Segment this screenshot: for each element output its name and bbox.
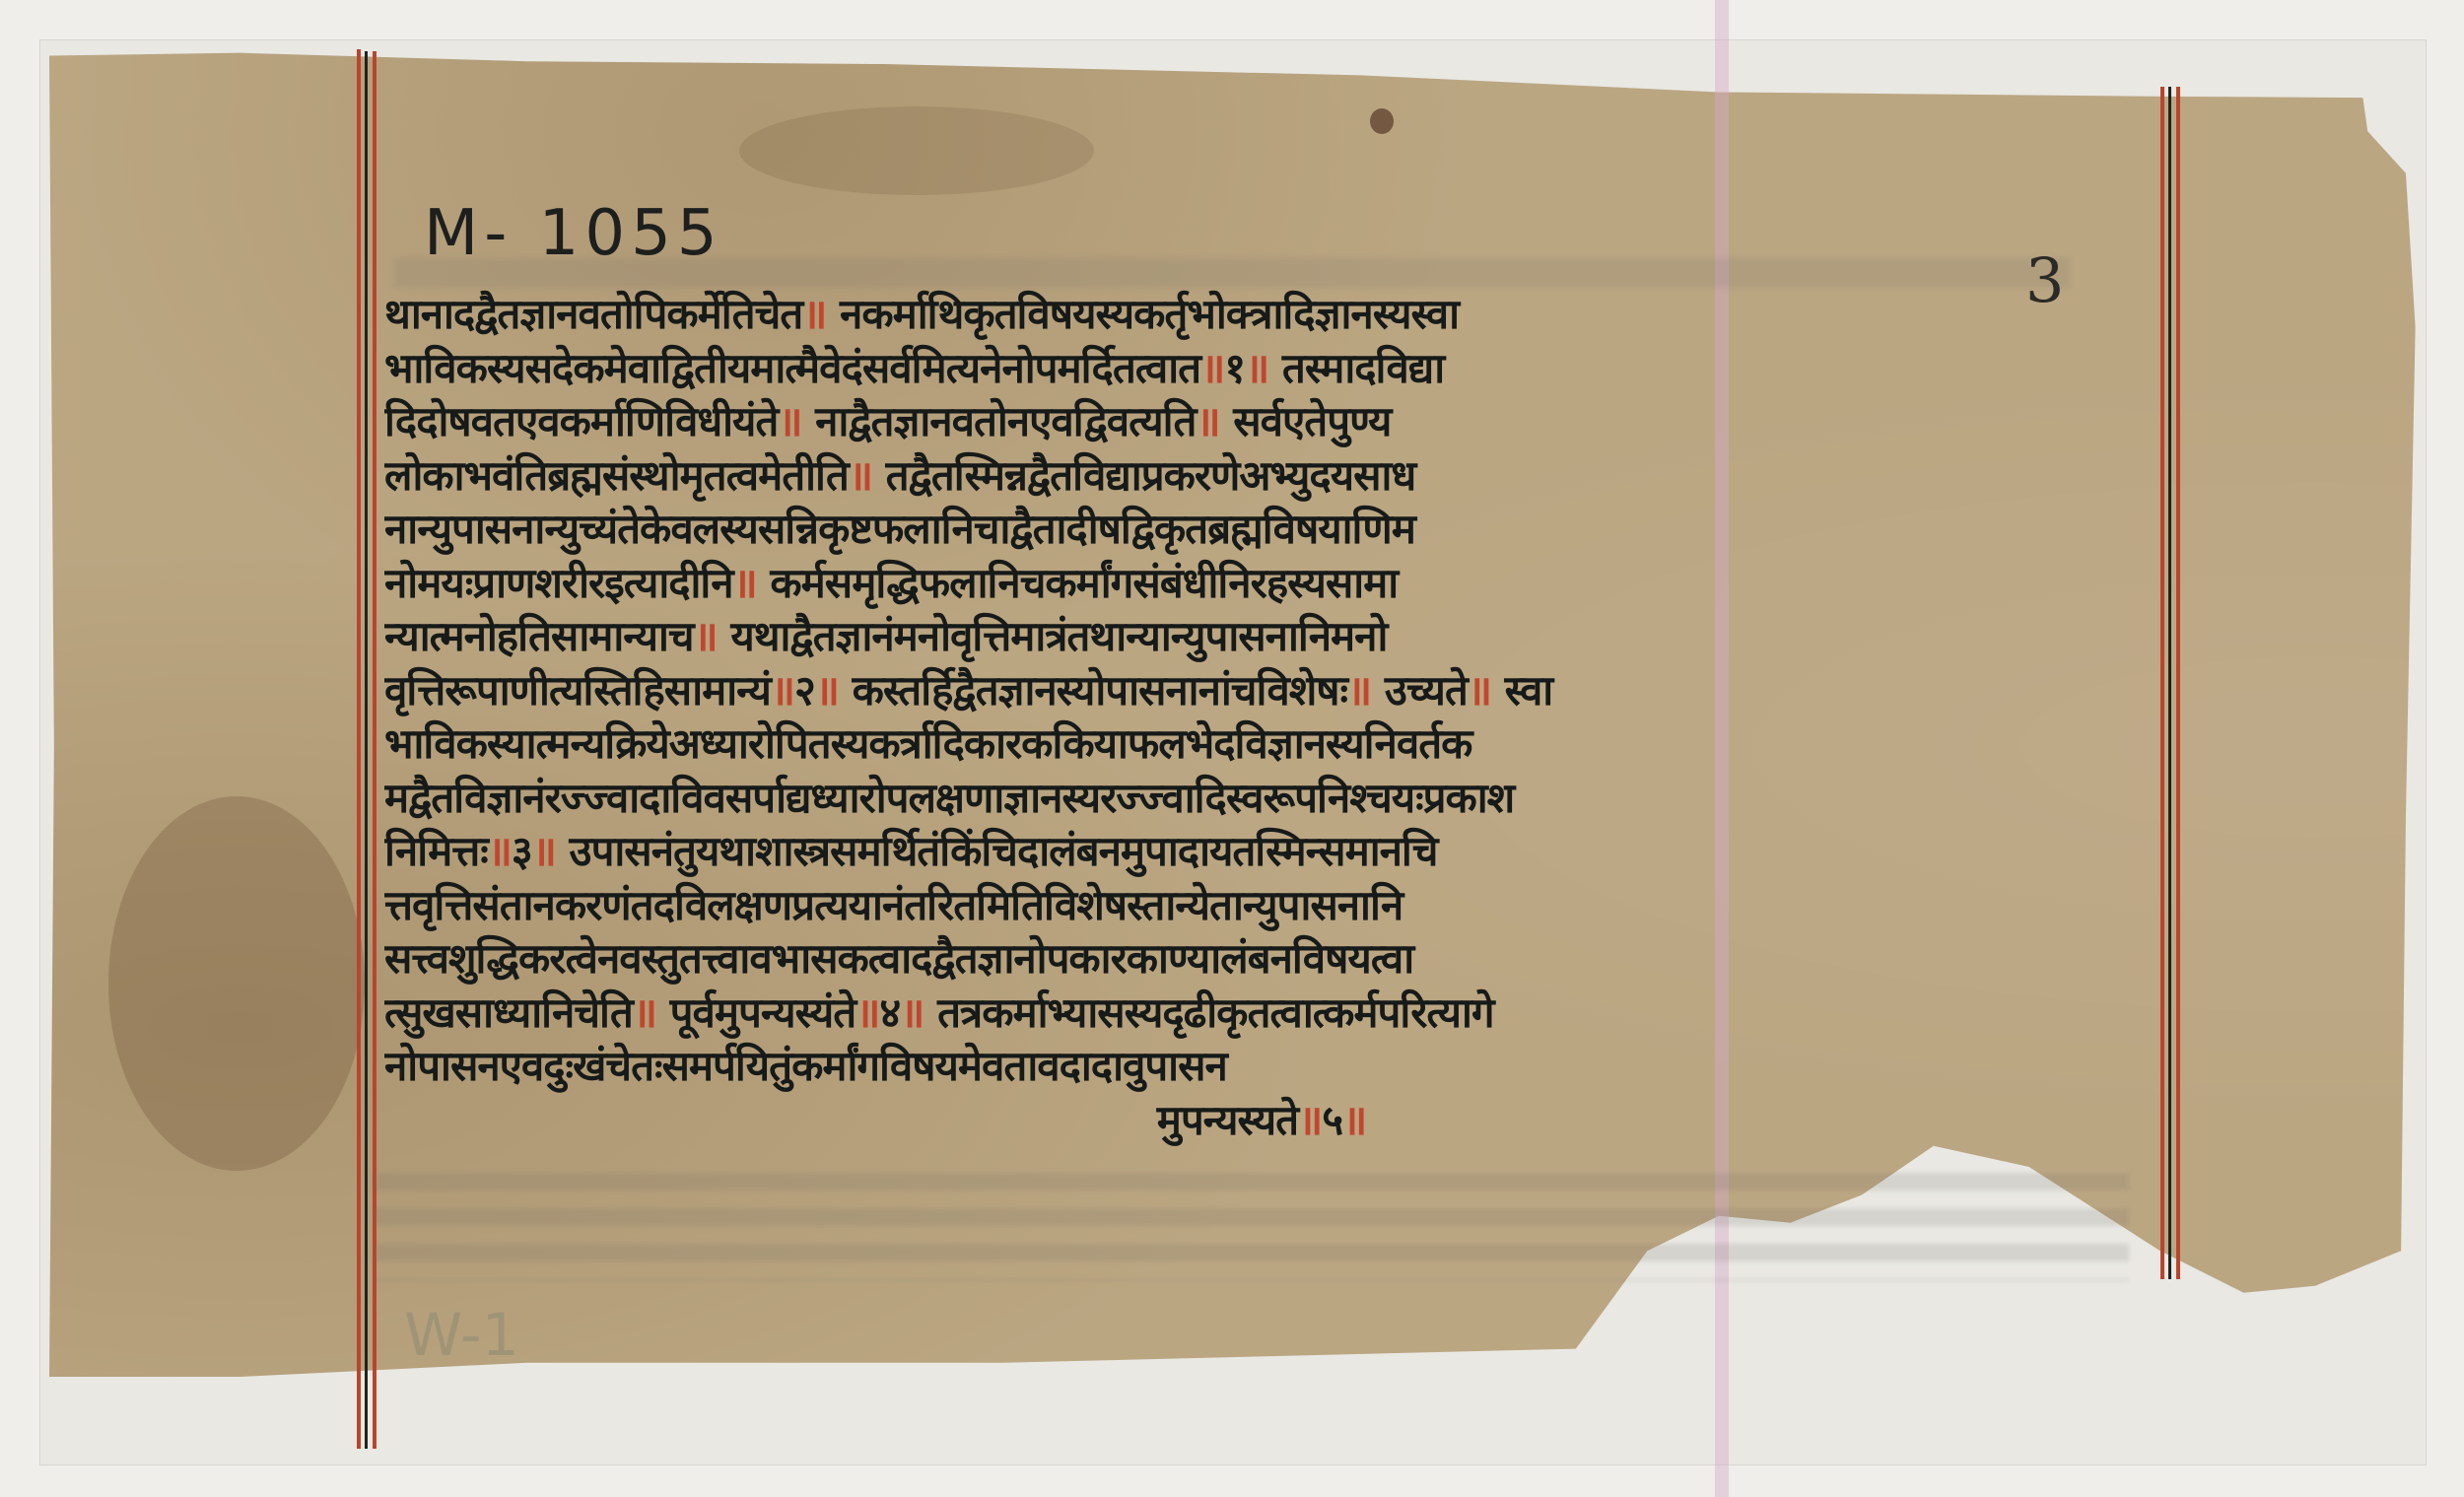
text-line: भाविकस्यसदेकमेवाद्वितीयमात्मैवेदंसर्वमित… bbox=[384, 342, 2139, 396]
text-line: वृत्तिरूपाणीत्यस्तिहिसामान्यं॥२॥ कस्तर्ह… bbox=[384, 664, 2139, 718]
text-line-final: मुपन्यस्यते॥५॥ bbox=[384, 1094, 2139, 1148]
right-margin-rule-black bbox=[2168, 87, 2171, 1279]
text-line: सत्त्वशुद्धिकरत्वेनवस्तुतत्त्वावभासकत्वा… bbox=[384, 932, 2139, 987]
text-line: नोमयःप्राणशरीरइत्यादीनि॥ कर्मसमृद्धिफलान… bbox=[384, 557, 2139, 611]
right-margin-rule-red-outer bbox=[2160, 87, 2164, 1279]
left-margin-rule-red-outer bbox=[357, 49, 361, 1449]
ink-spot bbox=[1370, 108, 1394, 134]
text-line: त्सुखसाध्यानिचेति॥ पूर्वमुपन्यस्यंते॥४॥ … bbox=[384, 987, 2139, 1041]
text-line: लोकाभवंतिब्रह्मसंस्थोमृतत्वमेतीति॥ तद्वै… bbox=[384, 449, 2139, 504]
text-line: न्यात्मनोहतिसामान्याच॥ यथाद्वैतज्ञानंमनो… bbox=[384, 610, 2139, 664]
manuscript-text: थानादद्वैतज्ञानवतोपिकर्मेतिचेत॥ नकर्माथि… bbox=[384, 288, 2139, 1147]
text-line: थानादद्वैतज्ञानवतोपिकर्मेतिचेत॥ नकर्माथि… bbox=[384, 288, 2139, 342]
text-line: त्तवृत्तिसंतानकरणंतदविलक्षणप्रत्ययानंतरि… bbox=[384, 879, 2139, 933]
text-line: निमित्तः॥३॥ उपासनंतुयथाशास्त्रसमर्थितंकि… bbox=[384, 825, 2139, 879]
shelf-mark: M- 1055 bbox=[424, 197, 723, 270]
bleed-through-mark: W-1 bbox=[404, 1301, 519, 1370]
right-margin-rule-red-inner bbox=[2176, 87, 2180, 1279]
text-line: नोपासनएवदुःखंचेतःसमर्पयितुंकर्मांगविषयमे… bbox=[384, 1040, 2139, 1094]
left-margin-rule-black bbox=[365, 51, 368, 1449]
water-stain bbox=[108, 796, 365, 1171]
text-line: नान्युपासनान्युच्यंतेकेवलस्यसन्निकृष्टफल… bbox=[384, 503, 2139, 557]
text-line: दिदोषवतएवकर्माणिविधीयंते॥ नाद्वैतज्ञानवत… bbox=[384, 395, 2139, 449]
text-line: मद्वैतविज्ञानंरज्ज्वादाविवसर्पाद्यध्यारो… bbox=[384, 772, 2139, 826]
text-line: भाविकस्यात्मन्यक्रियेअध्यारोपितस्यकर्त्र… bbox=[384, 717, 2139, 772]
bleed-through-text bbox=[375, 1173, 2129, 1281]
water-stain bbox=[739, 106, 1094, 195]
